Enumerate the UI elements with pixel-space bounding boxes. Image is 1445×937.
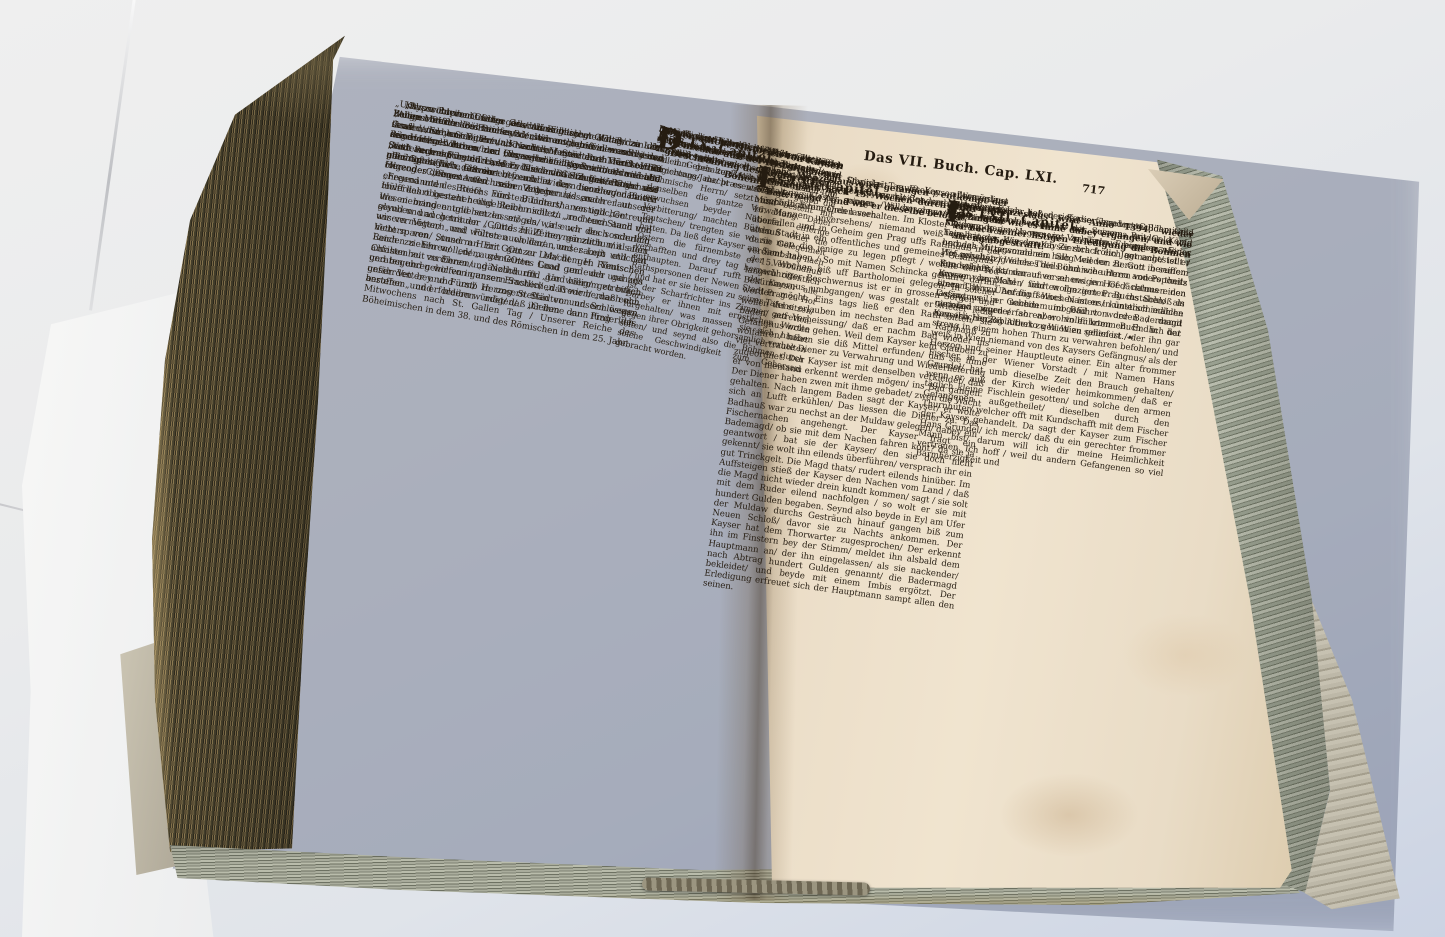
body-text: M berührten Jahr haben sich die fürnehms… bbox=[915, 198, 1194, 479]
photo-of-antique-book: 736 Speyrischer Chronick „Uns zu bleiben… bbox=[0, 0, 1445, 937]
right-page-number: 717 bbox=[1081, 182, 1105, 198]
backdrop-crease bbox=[89, 0, 138, 311]
drop-cap: D bbox=[655, 125, 685, 154]
chapter-body: IM berührten Jahr haben sich die fürnehm… bbox=[915, 198, 1194, 489]
